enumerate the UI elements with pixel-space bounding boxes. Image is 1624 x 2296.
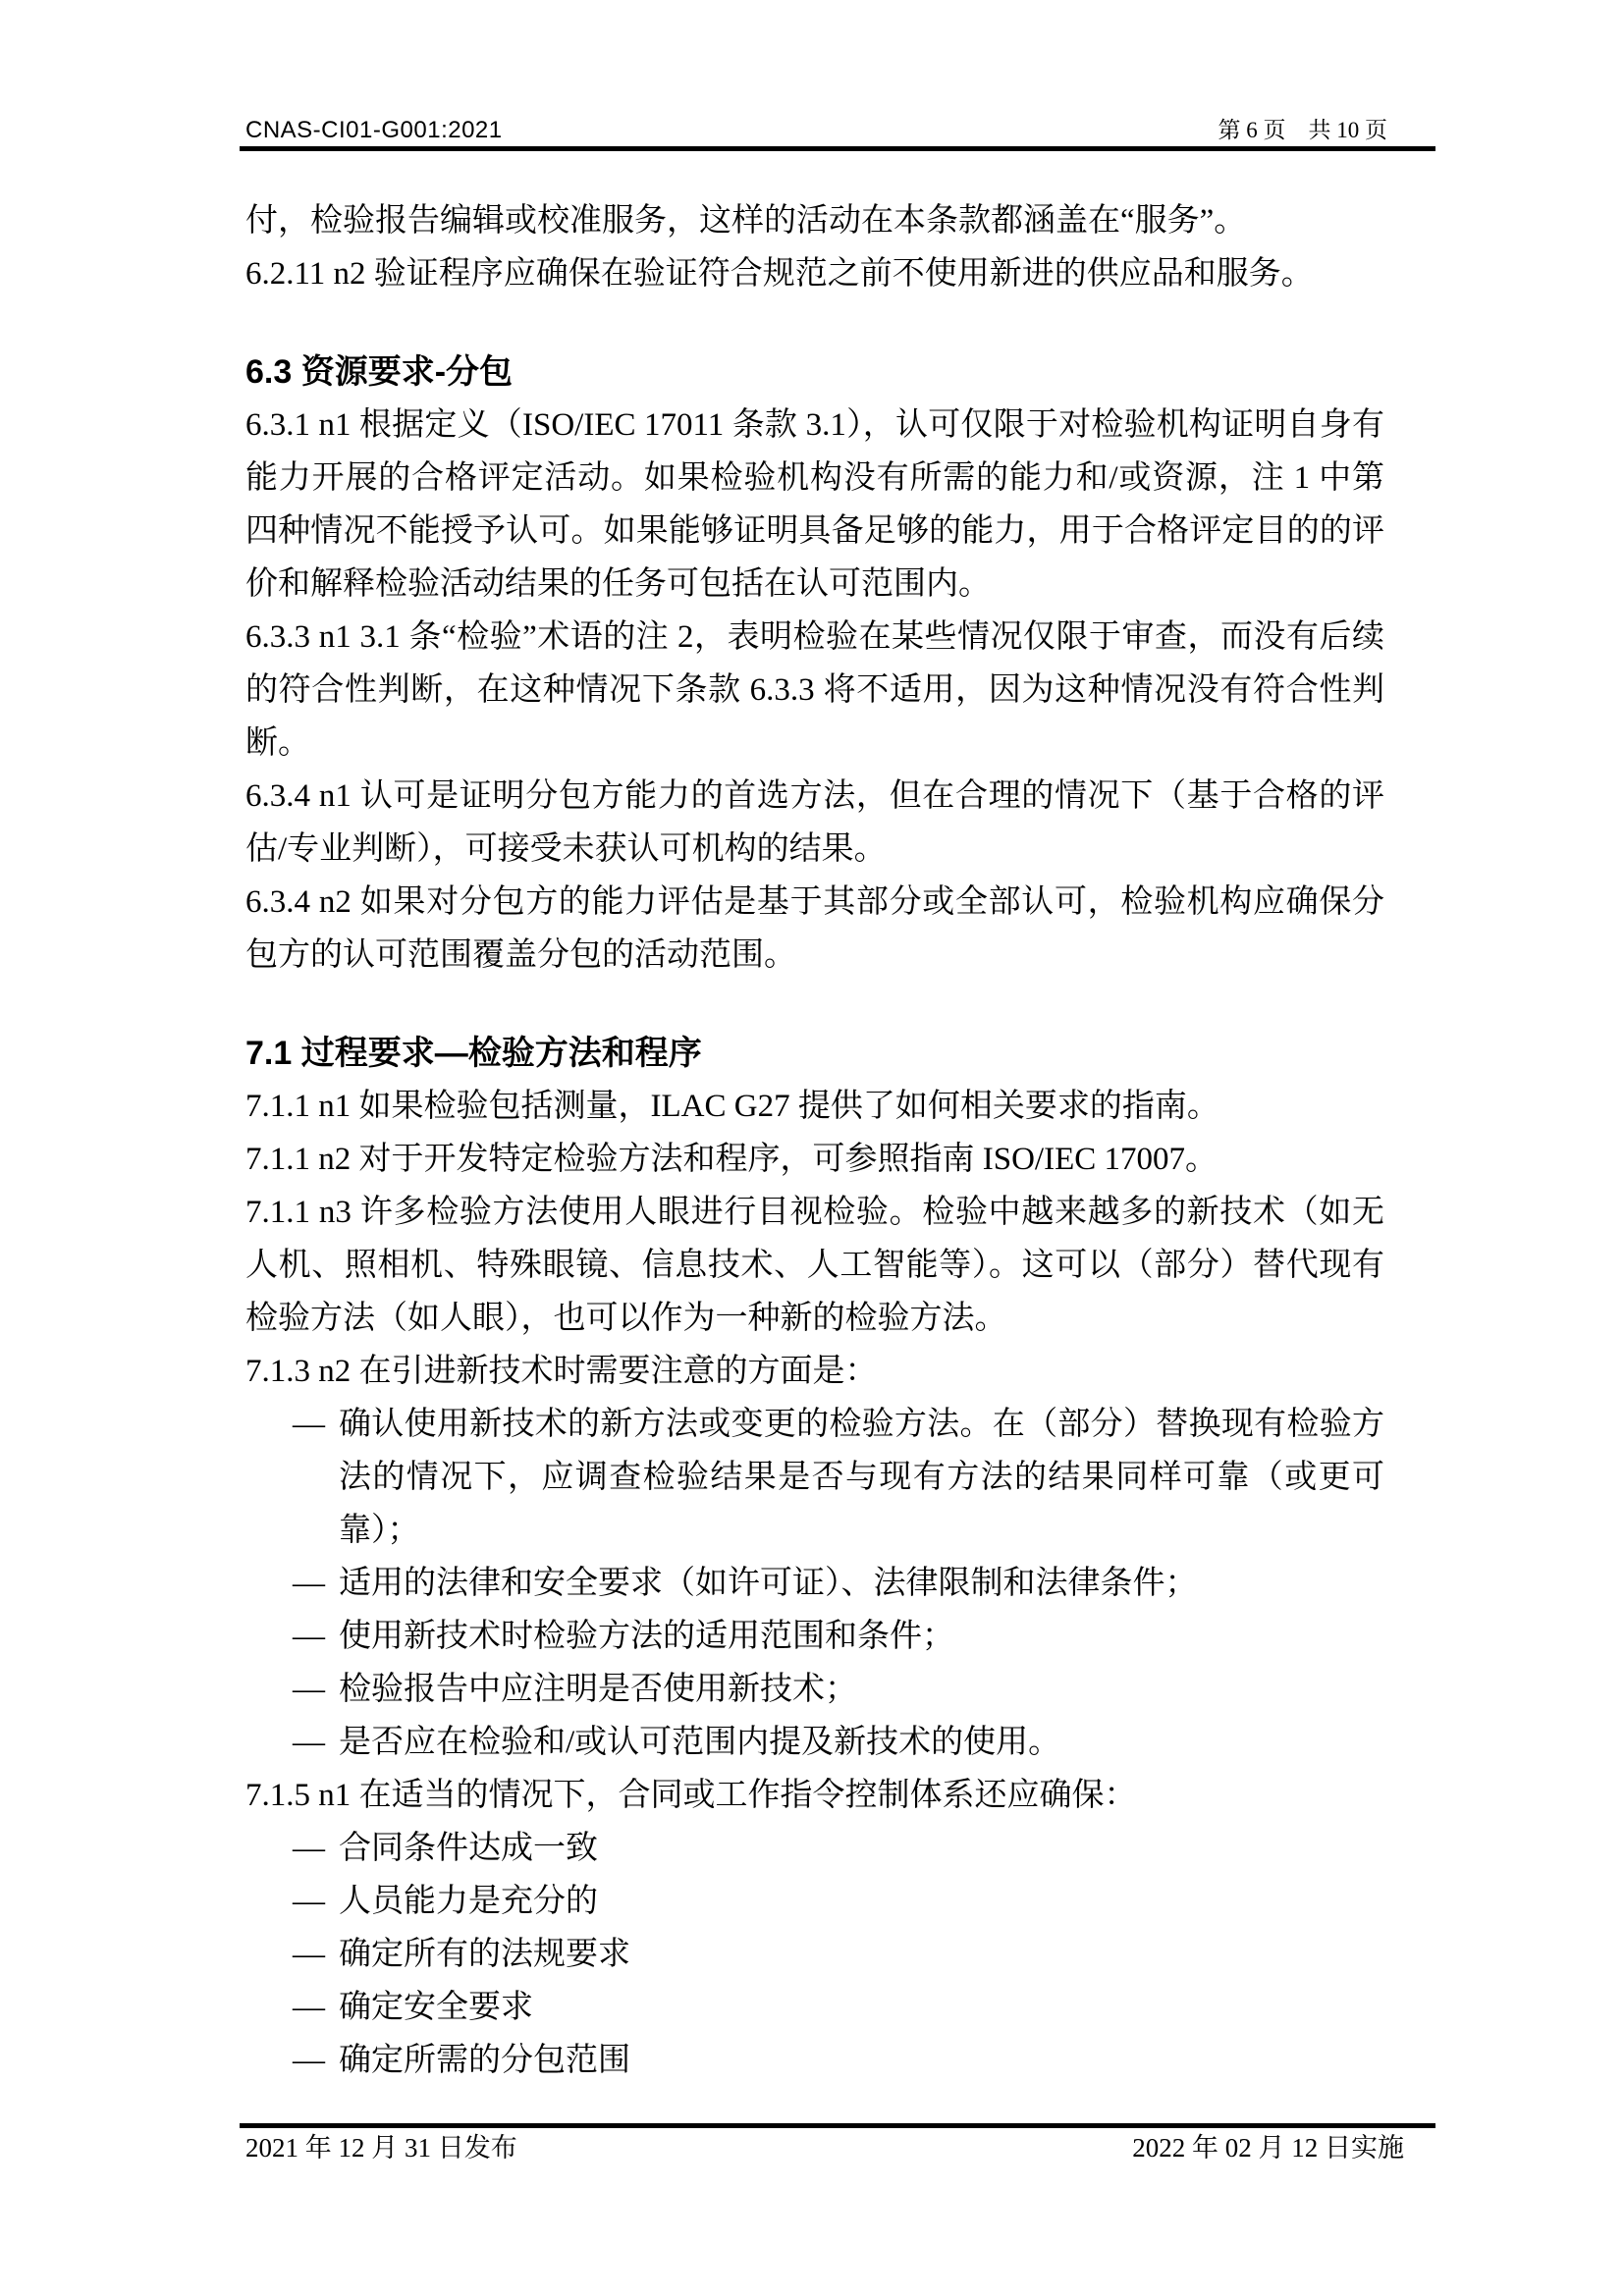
header-rule <box>240 146 1435 151</box>
paragraph-7-1-3-n2: 7.1.3 n2 在引进新技术时需要注意的方面是： <box>245 1345 1384 1398</box>
paragraph-6-3-4-n1: 6.3.4 n1 认可是证明分包方能力的首选方法，但在合理的情况下（基于合格的评… <box>245 770 1384 876</box>
list-item-text: 确认使用新技术的新方法或变更的检验方法。在（部分）替换现有检验方法的情况下，应调… <box>339 1407 1384 1548</box>
list-item-text: 确定所需的分包范围 <box>339 2043 630 2078</box>
list-item-text: 适用的法律和安全要求（如许可证）、法律限制和法律条件； <box>339 1566 1198 1601</box>
list-item-text: 检验报告中应注明是否使用新技术； <box>339 1672 857 1707</box>
list-item: — 适用的法律和安全要求（如许可证）、法律限制和法律条件； <box>245 1557 1384 1610</box>
dash-marker: — <box>293 1981 325 2034</box>
list-item-text: 确定所有的法规要求 <box>339 1937 630 1972</box>
list-item-text: 确定安全要求 <box>339 1990 533 2025</box>
dash-marker: — <box>293 1822 325 1875</box>
list-item: — 合同条件达成一致 <box>245 1822 1384 1875</box>
list-item: — 检验报告中应注明是否使用新技术； <box>245 1663 1384 1716</box>
paragraph-6-2-11-n2: 6.2.11 n2 验证程序应确保在验证符合规范之前不使用新进的供应品和服务。 <box>245 247 1384 300</box>
list-item: — 使用新技术时检验方法的适用范围和条件； <box>245 1610 1384 1663</box>
issue-date: 2021 年 12 月 31 日发布 <box>245 2126 517 2164</box>
list-item: — 确定所有的法规要求 <box>245 1928 1384 1981</box>
paragraph-7-1-1-n2: 7.1.1 n2 对于开发特定检验方法和程序，可参照指南 ISO/IEC 170… <box>245 1133 1384 1186</box>
list-item: — 确定所需的分包范围 <box>245 2034 1384 2087</box>
list-item-text: 人员能力是充分的 <box>339 1884 598 1919</box>
implementation-date: 2022 年 02 月 12 日实施 <box>1132 2126 1404 2164</box>
dash-marker: — <box>293 1716 325 1769</box>
dash-marker: — <box>293 1663 325 1716</box>
list-item-text: 使用新技术时检验方法的适用范围和条件； <box>339 1619 954 1654</box>
section-heading-6-3: 6.3 资源要求-分包 <box>245 346 1384 399</box>
paragraph-7-1-1-n3: 7.1.1 n3 许多检验方法使用人眼进行目视检验。检验中越来越多的新技术（如无… <box>245 1186 1384 1345</box>
document-page: CNAS-CI01-G001:2021 第 6 页 共 10 页 付，检验报告编… <box>0 0 1624 2296</box>
paragraph-7-1-1-n1: 7.1.1 n1 如果检验包括测量，ILAC G27 提供了如何相关要求的指南。 <box>245 1080 1384 1133</box>
paragraph-7-1-5-n1: 7.1.5 n1 在适当的情况下，合同或工作指令控制体系还应确保： <box>245 1769 1384 1822</box>
paragraph-continuation: 付，检验报告编辑或校准服务，这样的活动在本条款都涵盖在“服务”。 <box>245 194 1384 247</box>
paragraph-6-3-1-n1: 6.3.1 n1 根据定义（ISO/IEC 17011 条款 3.1），认可仅限… <box>245 399 1384 611</box>
page-footer: 2021 年 12 月 31 日发布 2022 年 02 月 12 日实施 <box>245 2126 1404 2164</box>
list-item: — 确认使用新技术的新方法或变更的检验方法。在（部分）替换现有检验方法的情况下，… <box>245 1398 1384 1557</box>
paragraph-6-3-3-n1: 6.3.3 n1 3.1 条“检验”术语的注 2，表明检验在某些情况仅限于审查，… <box>245 611 1384 770</box>
list-item-text: 合同条件达成一致 <box>339 1831 598 1866</box>
dash-marker: — <box>293 1557 325 1610</box>
page-number: 第 6 页 共 10 页 <box>1218 112 1388 144</box>
dash-marker: — <box>293 2034 325 2087</box>
list-item-text: 是否应在检验和/或认可范围内提及新技术的使用。 <box>339 1725 1060 1760</box>
list-item: — 是否应在检验和/或认可范围内提及新技术的使用。 <box>245 1716 1384 1769</box>
dash-marker: — <box>293 1610 325 1663</box>
dash-marker: — <box>293 1928 325 1981</box>
document-body: 付，检验报告编辑或校准服务，这样的活动在本条款都涵盖在“服务”。 6.2.11 … <box>245 194 1384 2087</box>
page-header: CNAS-CI01-G001:2021 第 6 页 共 10 页 <box>245 112 1387 144</box>
dash-marker: — <box>293 1398 325 1451</box>
list-item: — 确定安全要求 <box>245 1981 1384 2034</box>
list-item: — 人员能力是充分的 <box>245 1875 1384 1928</box>
section-heading-7-1: 7.1 过程要求—检验方法和程序 <box>245 1027 1384 1080</box>
dash-marker: — <box>293 1875 325 1928</box>
document-code: CNAS-CI01-G001:2021 <box>245 117 503 144</box>
paragraph-6-3-4-n2: 6.3.4 n2 如果对分包方的能力评估是基于其部分或全部认可，检验机构应确保分… <box>245 876 1384 982</box>
